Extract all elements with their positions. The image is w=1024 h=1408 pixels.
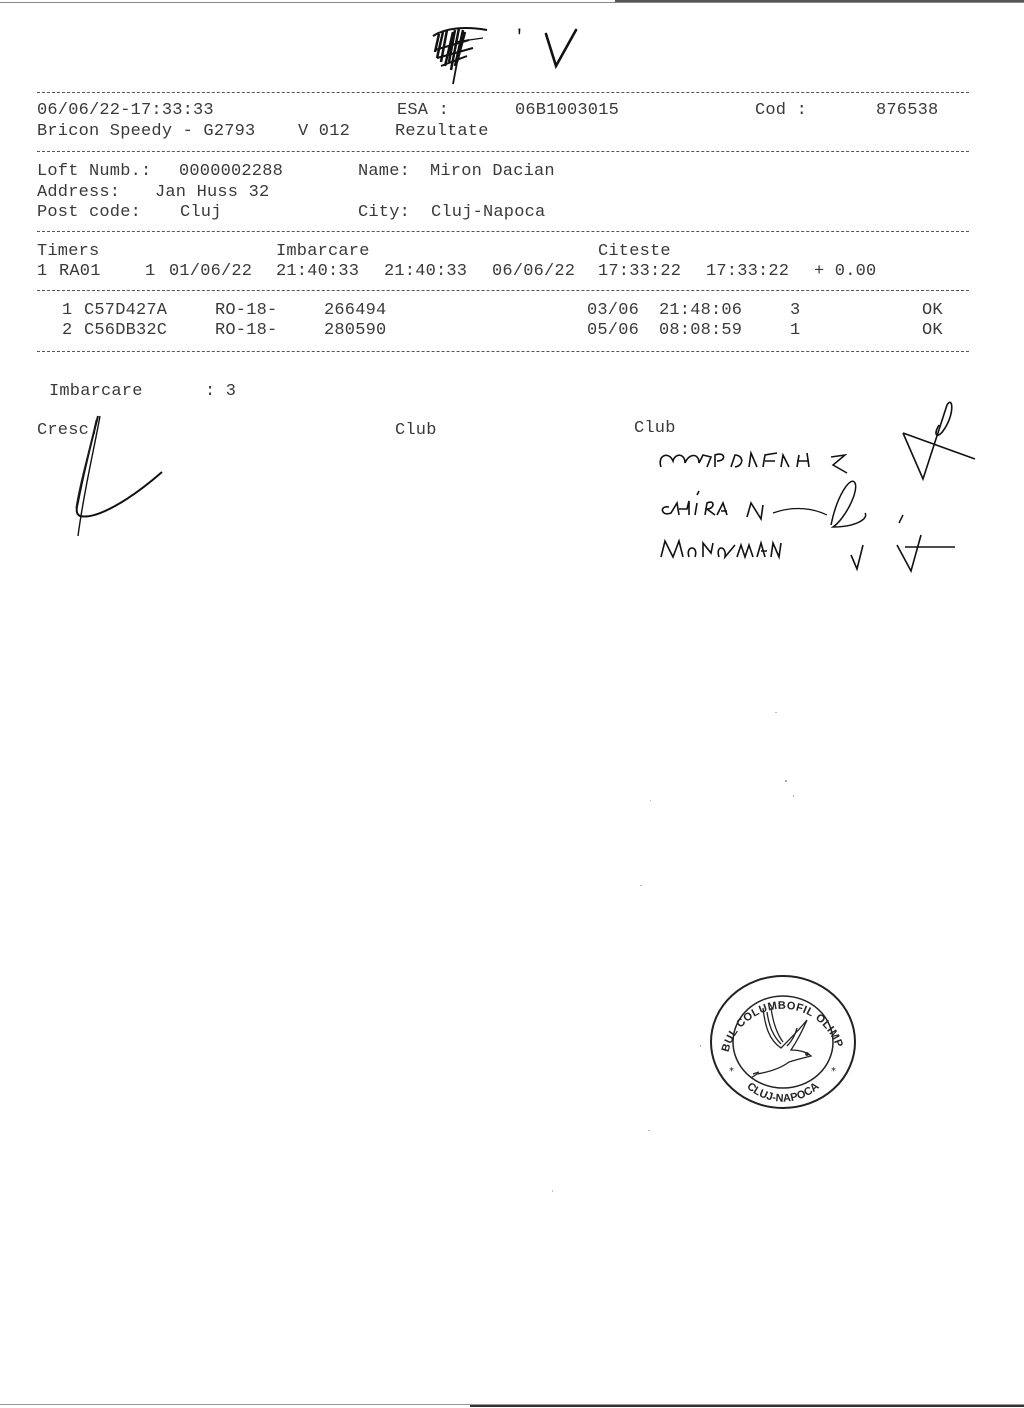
- result-index: 2: [62, 321, 72, 341]
- stamp-bottom-text: CLUJ-NAPOCA: [744, 1080, 821, 1104]
- cod-label: Cod :: [755, 101, 807, 121]
- svg-text:*: *: [729, 1066, 734, 1077]
- address-label: Address:: [37, 183, 120, 203]
- scan-edge-bottom-dark: [470, 1405, 1024, 1407]
- scanned-document-page: ' 06/06/22-17:33:33 ESA : 06B1003015 Cod…: [0, 0, 1024, 1408]
- imbarcare-header: Imbarcare: [276, 242, 370, 262]
- committee-signatures-icon: [655, 395, 985, 585]
- club-signature-label: Club: [395, 421, 437, 441]
- scribble-initials-icon: [425, 22, 505, 88]
- citeste-time: 17:33:22: [598, 262, 681, 282]
- address-value: Jan Huss 32: [155, 183, 269, 203]
- timer-count: 1: [145, 262, 155, 282]
- device-version: V 012: [298, 122, 350, 142]
- name-value: Miron Dacian: [430, 162, 555, 182]
- result-time: 21:48:06: [659, 301, 742, 321]
- esa-value: 06B1003015: [515, 101, 619, 121]
- imbarcare-time: 21:40:33: [276, 262, 359, 282]
- divider: [37, 351, 969, 352]
- clock-offset: + 0.00: [814, 262, 876, 282]
- name-label: Name:: [358, 162, 410, 182]
- divider: [37, 231, 969, 232]
- divider: [37, 290, 969, 291]
- device-name: Bricon Speedy - G2793: [37, 122, 255, 142]
- citeste-time-check: 17:33:22: [706, 262, 789, 282]
- check-mark-icon: [544, 28, 580, 70]
- postcode-label: Post code:: [37, 203, 141, 223]
- summary-imbarcare-label: Imbarcare: [49, 382, 143, 402]
- breeder-signature-icon: [60, 410, 170, 540]
- svg-text:CLUJ-NAPOCA: CLUJ-NAPOCA: [744, 1080, 821, 1104]
- svg-text:*: *: [831, 1066, 836, 1077]
- timers-label: Timers: [37, 242, 99, 262]
- club-stamp: CLUBUL COLUMBOFIL OLIMPIA 04 CLUJ-NAPOCA…: [703, 970, 863, 1112]
- result-position: 3: [790, 301, 800, 321]
- result-date: 03/06: [587, 301, 639, 321]
- report-type: Rezultate: [395, 122, 489, 142]
- summary-imbarcare-value: : 3: [205, 382, 236, 402]
- divider: [37, 92, 969, 93]
- result-ring-prefix: RO-18-: [215, 321, 277, 341]
- timer-index: 1: [37, 262, 47, 282]
- imbarcare-date: 01/06/22: [169, 262, 252, 282]
- result-position: 1: [790, 321, 800, 341]
- citeste-date: 06/06/22: [492, 262, 575, 282]
- report-datetime: 06/06/22-17:33:33: [37, 101, 214, 121]
- postcode-value: Cluj: [180, 203, 222, 223]
- cod-value: 876538: [876, 101, 938, 121]
- result-chip: C56DB32C: [84, 321, 167, 341]
- result-status: OK: [922, 301, 943, 321]
- result-ring-number: 266494: [324, 301, 386, 321]
- scan-edge-top: [0, 2, 1024, 3]
- result-chip: C57D427A: [84, 301, 167, 321]
- city-label: City:: [358, 203, 410, 223]
- result-status: OK: [922, 321, 943, 341]
- result-ring-prefix: RO-18-: [215, 301, 277, 321]
- imbarcare-time-check: 21:40:33: [384, 262, 467, 282]
- city-value: Cluj-Napoca: [431, 203, 545, 223]
- result-ring-number: 280590: [324, 321, 386, 341]
- result-time: 08:08:59: [659, 321, 742, 341]
- esa-label: ESA :: [397, 101, 449, 121]
- result-date: 05/06: [587, 321, 639, 341]
- dove-icon: [751, 1008, 811, 1078]
- result-index: 1: [62, 301, 72, 321]
- loft-label: Loft Numb.:: [37, 162, 151, 182]
- loft-value: 0000002288: [179, 162, 283, 182]
- timer-id: RA01: [59, 262, 101, 282]
- divider: [37, 151, 969, 152]
- apostrophe-mark: ': [514, 28, 525, 48]
- scan-edge-top-dark: [615, 0, 1024, 2]
- citeste-header: Citeste: [598, 242, 671, 262]
